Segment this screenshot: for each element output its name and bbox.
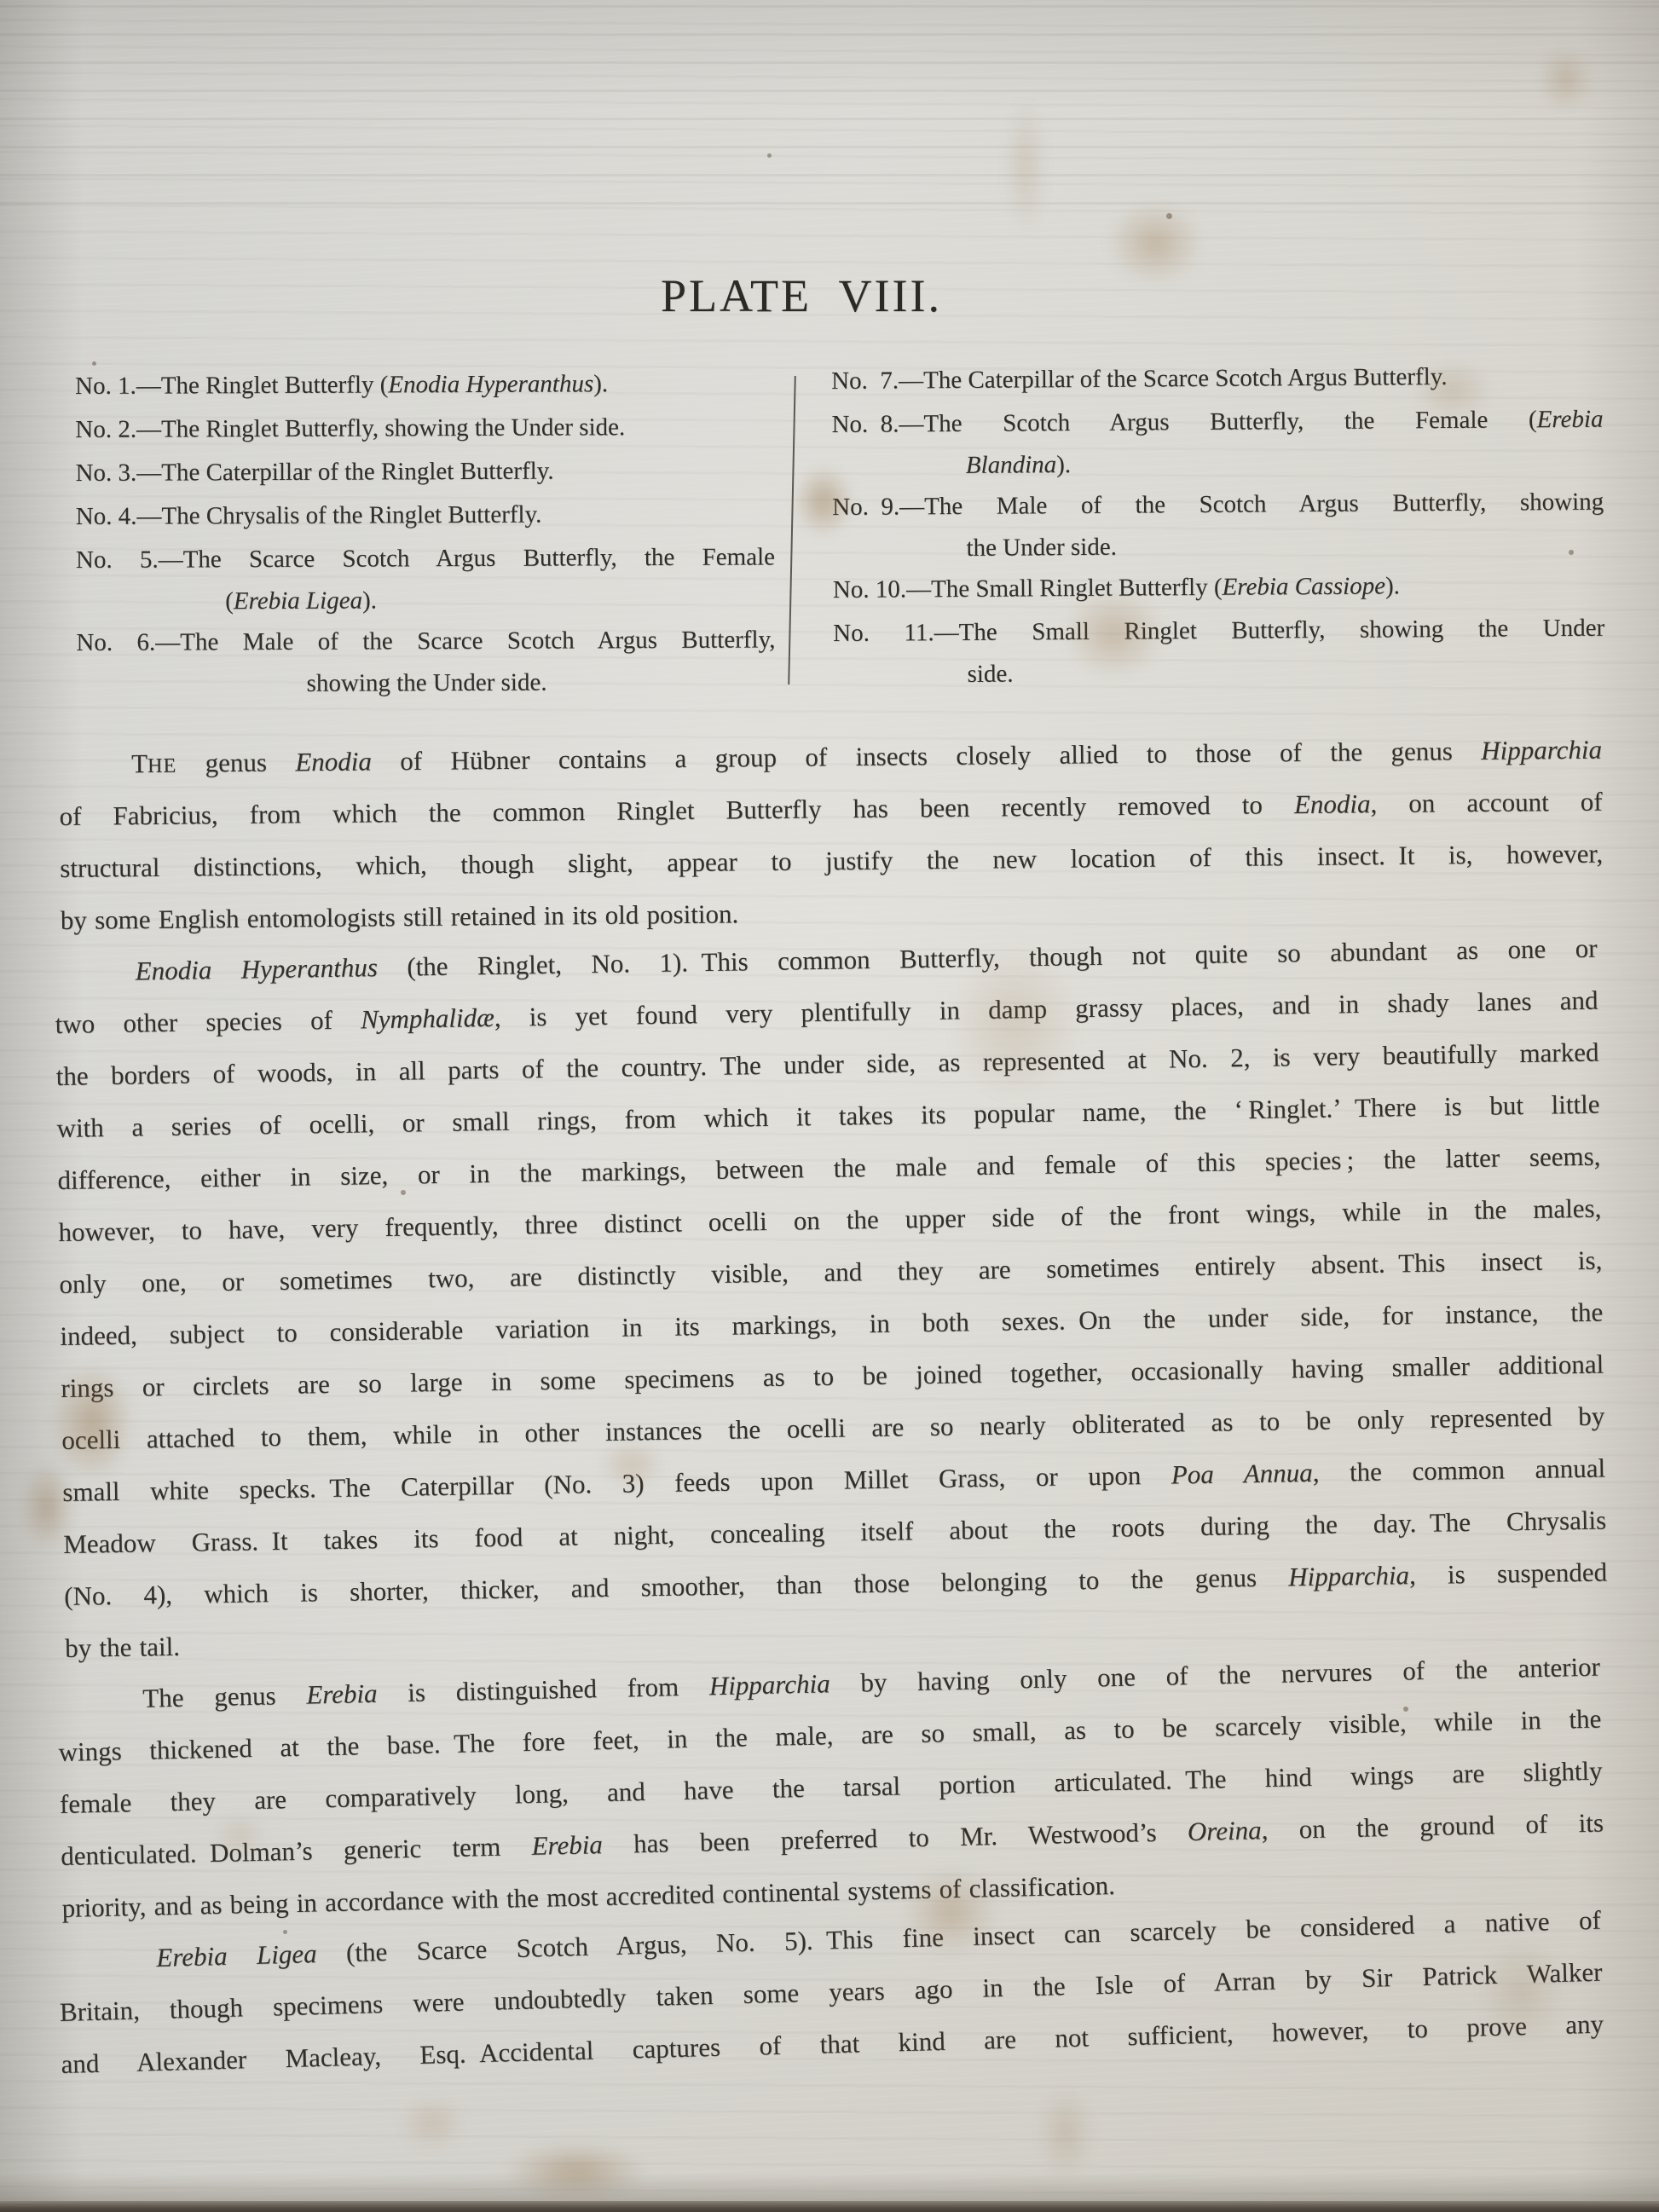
figure-list-line: Blandina).: [832, 442, 1604, 486]
figure-list-item: No. 3.—The Caterpillar of the Ringlet Bu…: [75, 448, 774, 495]
paragraph: Enodia Hyperanthus (the Ringlet, No. 1).…: [54, 922, 1608, 1674]
paper-speck: [1166, 213, 1172, 219]
figure-list-item: No. 10.—The Small Ringlet Butterfly (Ere…: [833, 563, 1604, 612]
figure-list-line: No. 6.—The Male of the Scarce Scotch Arg…: [76, 618, 775, 665]
figure-list-line: No. 7.—The Caterpillar of the Scarce Sco…: [831, 355, 1603, 403]
page-title: PLATE VIII.: [0, 269, 1603, 322]
figure-list-item: No. 6.—The Male of the Scarce Scotch Arg…: [76, 618, 775, 704]
figure-list-line: side.: [833, 650, 1604, 695]
figure-list-line: (Erebia Ligea).: [76, 579, 775, 621]
figure-list-line: No. 2.—The Ringlet Butterfly, showing th…: [75, 405, 774, 452]
figure-list-item: No. 8.—The Scotch Argus Butterfly, the F…: [831, 398, 1604, 486]
figure-list-line: showing the Under side.: [77, 661, 776, 704]
figure-list-item: No. 4.—The Chrysalis of the Ringlet Butt…: [76, 492, 775, 539]
stain-blotch: [996, 68, 1055, 264]
figure-list-line: No. 5.—The Scarce Scotch Argus Butterfly…: [76, 535, 775, 582]
figure-list-line: No. 8.—The Scotch Argus Butterfly, the F…: [831, 398, 1603, 447]
figure-list-line: the Under side.: [832, 524, 1604, 569]
paragraph: THE genus Enodia of Hübner contains a gr…: [59, 724, 1604, 946]
page-bottom-shadow: [0, 2173, 1659, 2202]
stain-blotch: [1528, 32, 1604, 126]
body-text: THE genus Enodia of Hübner contains a gr…: [60, 738, 1603, 2090]
figure-list-right-column: No. 7.—The Caterpillar of the Scarce Sco…: [831, 355, 1605, 695]
figure-list-line: No. 3.—The Caterpillar of the Ringlet Bu…: [75, 448, 774, 495]
figure-list-item: No. 11.—The Small Ringlet Butterfly, sho…: [833, 607, 1605, 695]
paragraph: The genus Erebia is distinguished from H…: [57, 1641, 1605, 1934]
figure-list-line: No. 11.—The Small Ringlet Butterfly, sho…: [833, 607, 1604, 656]
figure-list-left-column: No. 1.—The Ringlet Butterfly (Enodia Hyp…: [75, 361, 776, 704]
figure-list-line: No. 1.—The Ringlet Butterfly (Enodia Hyp…: [75, 361, 774, 408]
page: PLATE VIII. No. 1.—The Ringlet Butterfly…: [0, 0, 1659, 2212]
stain-blotch: [474, 2131, 679, 2212]
paper-ribbing-texture: [0, 0, 1659, 230]
figure-list-item: No. 7.—The Caterpillar of the Scarce Sco…: [831, 355, 1603, 403]
figure-list-item: No. 9.—The Male of the Scotch Argus Butt…: [832, 481, 1604, 569]
figure-list-line: No. 10.—The Small Ringlet Butterfly (Ere…: [833, 563, 1604, 612]
figure-list-item: No. 1.—The Ringlet Butterfly (Enodia Hyp…: [75, 361, 774, 408]
page-bottom-edge: [0, 2201, 1659, 2212]
figure-list-item: No. 2.—The Ringlet Butterfly, showing th…: [75, 405, 774, 452]
figure-list-item: No. 5.—The Scarce Scotch Argus Butterfly…: [76, 535, 775, 621]
column-divider-line: [788, 376, 796, 684]
paper-speck: [767, 153, 772, 158]
stain-blotch: [385, 2085, 479, 2162]
figure-list-line: No. 9.—The Male of the Scotch Argus Butt…: [832, 481, 1604, 529]
figure-list-line: No. 4.—The Chrysalis of the Ringlet Butt…: [76, 492, 775, 539]
